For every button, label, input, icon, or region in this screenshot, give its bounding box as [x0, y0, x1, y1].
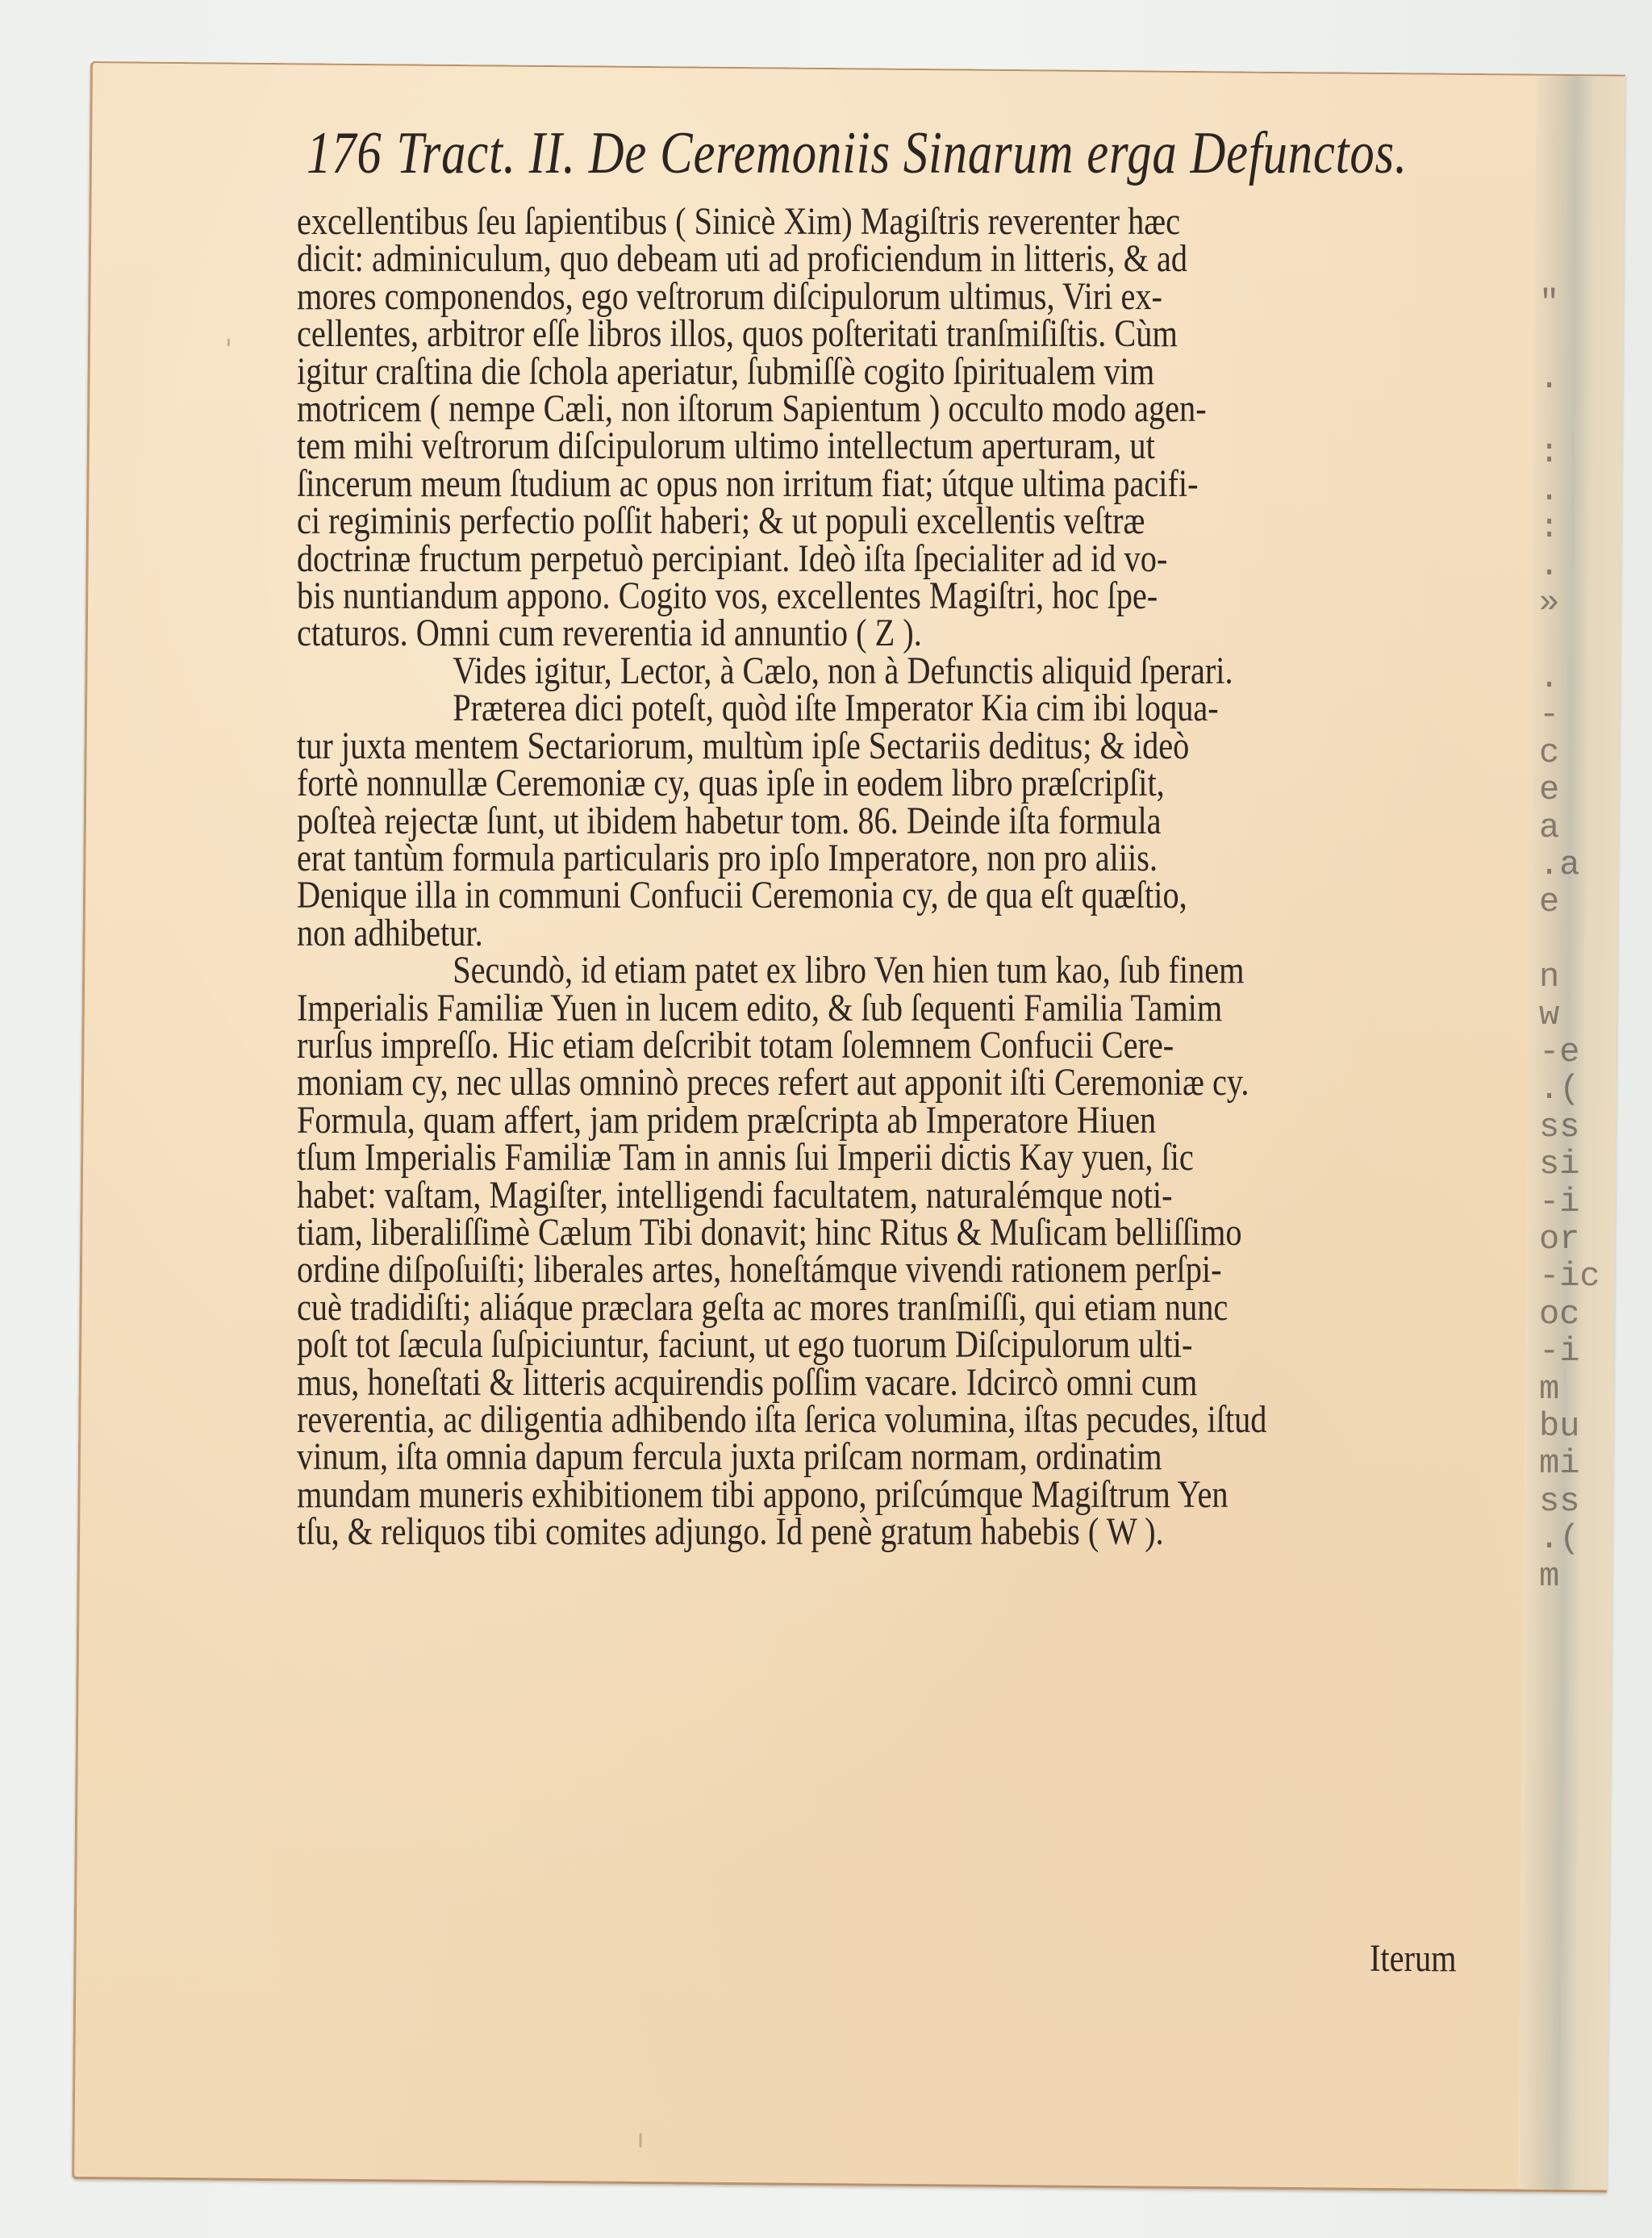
bleed-fragment: bu [1539, 1408, 1620, 1445]
bleed-fragment [1539, 621, 1620, 658]
text-line: tem mihi veſtrorum diſcipulorum ultimo i… [297, 428, 1103, 465]
text-line: doctrinæ fructum perpetuò percipiant. Id… [297, 541, 1103, 578]
text-line: cuè tradidiſti; aliáque præclara geſta a… [297, 1289, 1103, 1326]
bleed-fragment: c [1539, 734, 1620, 771]
text-line: tiam, liberaliſſimè Cælum Tibi donavit; … [297, 1214, 1103, 1251]
bleed-fragment: » [1539, 584, 1620, 621]
bleed-fragment: - [1539, 696, 1620, 733]
bleed-fragment: e [1539, 883, 1620, 921]
facing-page-bleed: " . :.:.» .-cea.ae nw-e.(sssi-ior-icoc-i… [1539, 210, 1620, 1595]
bleed-fragment: -ic [1539, 1258, 1620, 1295]
text-line: mores componendos, ego veſtrorum diſcipu… [297, 278, 1103, 315]
bleed-fragment: e [1539, 771, 1620, 808]
text-line: erat tantùm formula particularis pro ipſ… [297, 840, 1103, 877]
paper-speck [639, 2133, 641, 2148]
text-line: bis nuntiandum appono. Cogito vos, excel… [297, 578, 1103, 615]
text-line: fortè nonnullæ Ceremoniæ cy, quas ipſe i… [297, 765, 1103, 802]
bleed-fragment: n [1539, 958, 1620, 996]
text-line: excellentibus ſeu ſapientibus ( Sinicè X… [297, 203, 1103, 240]
bleed-fragment: w [1539, 996, 1620, 1033]
bleed-fragment [1539, 247, 1620, 284]
bleed-fragment: " [1539, 285, 1620, 322]
text-line: moniam cy, nec ullas omninò preces refer… [297, 1064, 1103, 1101]
body-text: excellentibus ſeu ſapientibus ( Sinicè X… [297, 203, 1581, 1551]
text-line: tſum Imperialis Familiæ Tam in annis ſui… [297, 1139, 1103, 1176]
page-number: 176 [307, 120, 382, 186]
bleed-fragment: .( [1539, 1071, 1620, 1108]
bleed-fragment [1539, 397, 1620, 434]
paragraph-first-line: Vides igitur, Lector, à Cælo, non à Defu… [297, 653, 1103, 690]
bleed-fragment [1539, 921, 1620, 958]
text-line: Denique illa in communi Confucii Ceremon… [297, 877, 1103, 914]
text-line: Imperialis Familiæ Yuen in lucem edito, … [297, 990, 1103, 1027]
bleed-fragment: .( [1539, 1520, 1620, 1557]
running-head: 176Tract. II. De Ceremoniis Sinarum erga… [307, 119, 1338, 188]
bleed-fragment: . [1539, 360, 1620, 397]
text-line: vinum, iſta omnia dapum fercula juxta pr… [297, 1438, 1103, 1476]
text-line: ſincerum meum ſtudium ac opus non irritu… [297, 466, 1103, 503]
bleed-fragment: .a [1539, 846, 1620, 883]
text-line: poſt tot ſæcula ſuſpiciuntur, faciunt, u… [297, 1326, 1103, 1363]
bleed-fragment: m [1539, 1558, 1620, 1595]
running-head-title: Tract. II. De Ceremoniis Sinarum erga De… [397, 120, 1408, 186]
bleed-fragment: . [1539, 547, 1620, 584]
paragraph-first-line: Præterea dici poteſt, quòd iſte Imperato… [297, 690, 1103, 727]
text-line: igitur craſtina die ſchola aperiatur, ſu… [297, 353, 1103, 390]
bleed-fragment: mi [1539, 1445, 1620, 1482]
bleed-fragment [1539, 322, 1620, 359]
bleed-fragment: si [1539, 1146, 1620, 1183]
text-line: motricem ( nempe Cæli, non iſtorum Sapie… [297, 390, 1103, 428]
bleed-fragment: : [1539, 434, 1620, 471]
text-line: habet: vaſtam, Magiſter, intelligendi fa… [297, 1177, 1103, 1214]
text-line: ordine diſpoſuiſti; liberales artes, hon… [297, 1251, 1103, 1288]
bleed-fragment: -e [1539, 1033, 1620, 1071]
bleed-fragment: . [1539, 472, 1620, 509]
text-line: mundam muneris exhibitionem tibi appono,… [297, 1476, 1103, 1514]
text-line: reverentia, ac diligentia adhibendo iſta… [297, 1401, 1103, 1438]
catchword: Iterum [1370, 1936, 1456, 1981]
text-line: dicit: adminiculum, quo debeam uti ad pr… [297, 240, 1103, 278]
bleed-fragment: . [1539, 659, 1620, 696]
bleed-fragment: ss [1539, 1109, 1620, 1146]
text-line: tur juxta mentem Sectariorum, multùm ipſ… [297, 728, 1103, 765]
text-line: tſu, & reliquos tibi comites adjungo. Id… [297, 1514, 1103, 1551]
text-line: Formula, quam affert, jam pridem præſcri… [297, 1102, 1103, 1139]
text-line: ci regiminis perfectio poſſit haberi; & … [297, 503, 1103, 540]
bleed-fragment: : [1539, 509, 1620, 546]
bleed-fragment: a [1539, 809, 1620, 846]
bleed-fragment: or [1539, 1221, 1620, 1258]
text-line: cellentes, arbitror eſſe libros illos, q… [297, 315, 1103, 353]
bleed-fragment: m [1539, 1371, 1620, 1408]
text-line: rurſus impreſſo. Hic etiam deſcribit tot… [297, 1027, 1103, 1064]
text-line: ctaturos. Omni cum reverentia id annunti… [297, 615, 1103, 652]
text-line: non adhibetur. [297, 915, 1103, 952]
paper-speck [227, 338, 230, 346]
paragraph-first-line: Secundò, id etiam patet ex libro Ven hie… [297, 952, 1103, 989]
text-line: poſteà rejectæ ſunt, ut ibidem habetur t… [297, 803, 1103, 840]
bleed-fragment: oc [1539, 1296, 1620, 1333]
bleed-fragment [1539, 210, 1620, 247]
text-line: mus, honeſtati & litteris acquirendis po… [297, 1364, 1103, 1401]
bleed-fragment: -i [1539, 1333, 1620, 1370]
bleed-fragment: ss [1539, 1483, 1620, 1520]
bleed-fragment: -i [1539, 1184, 1620, 1221]
